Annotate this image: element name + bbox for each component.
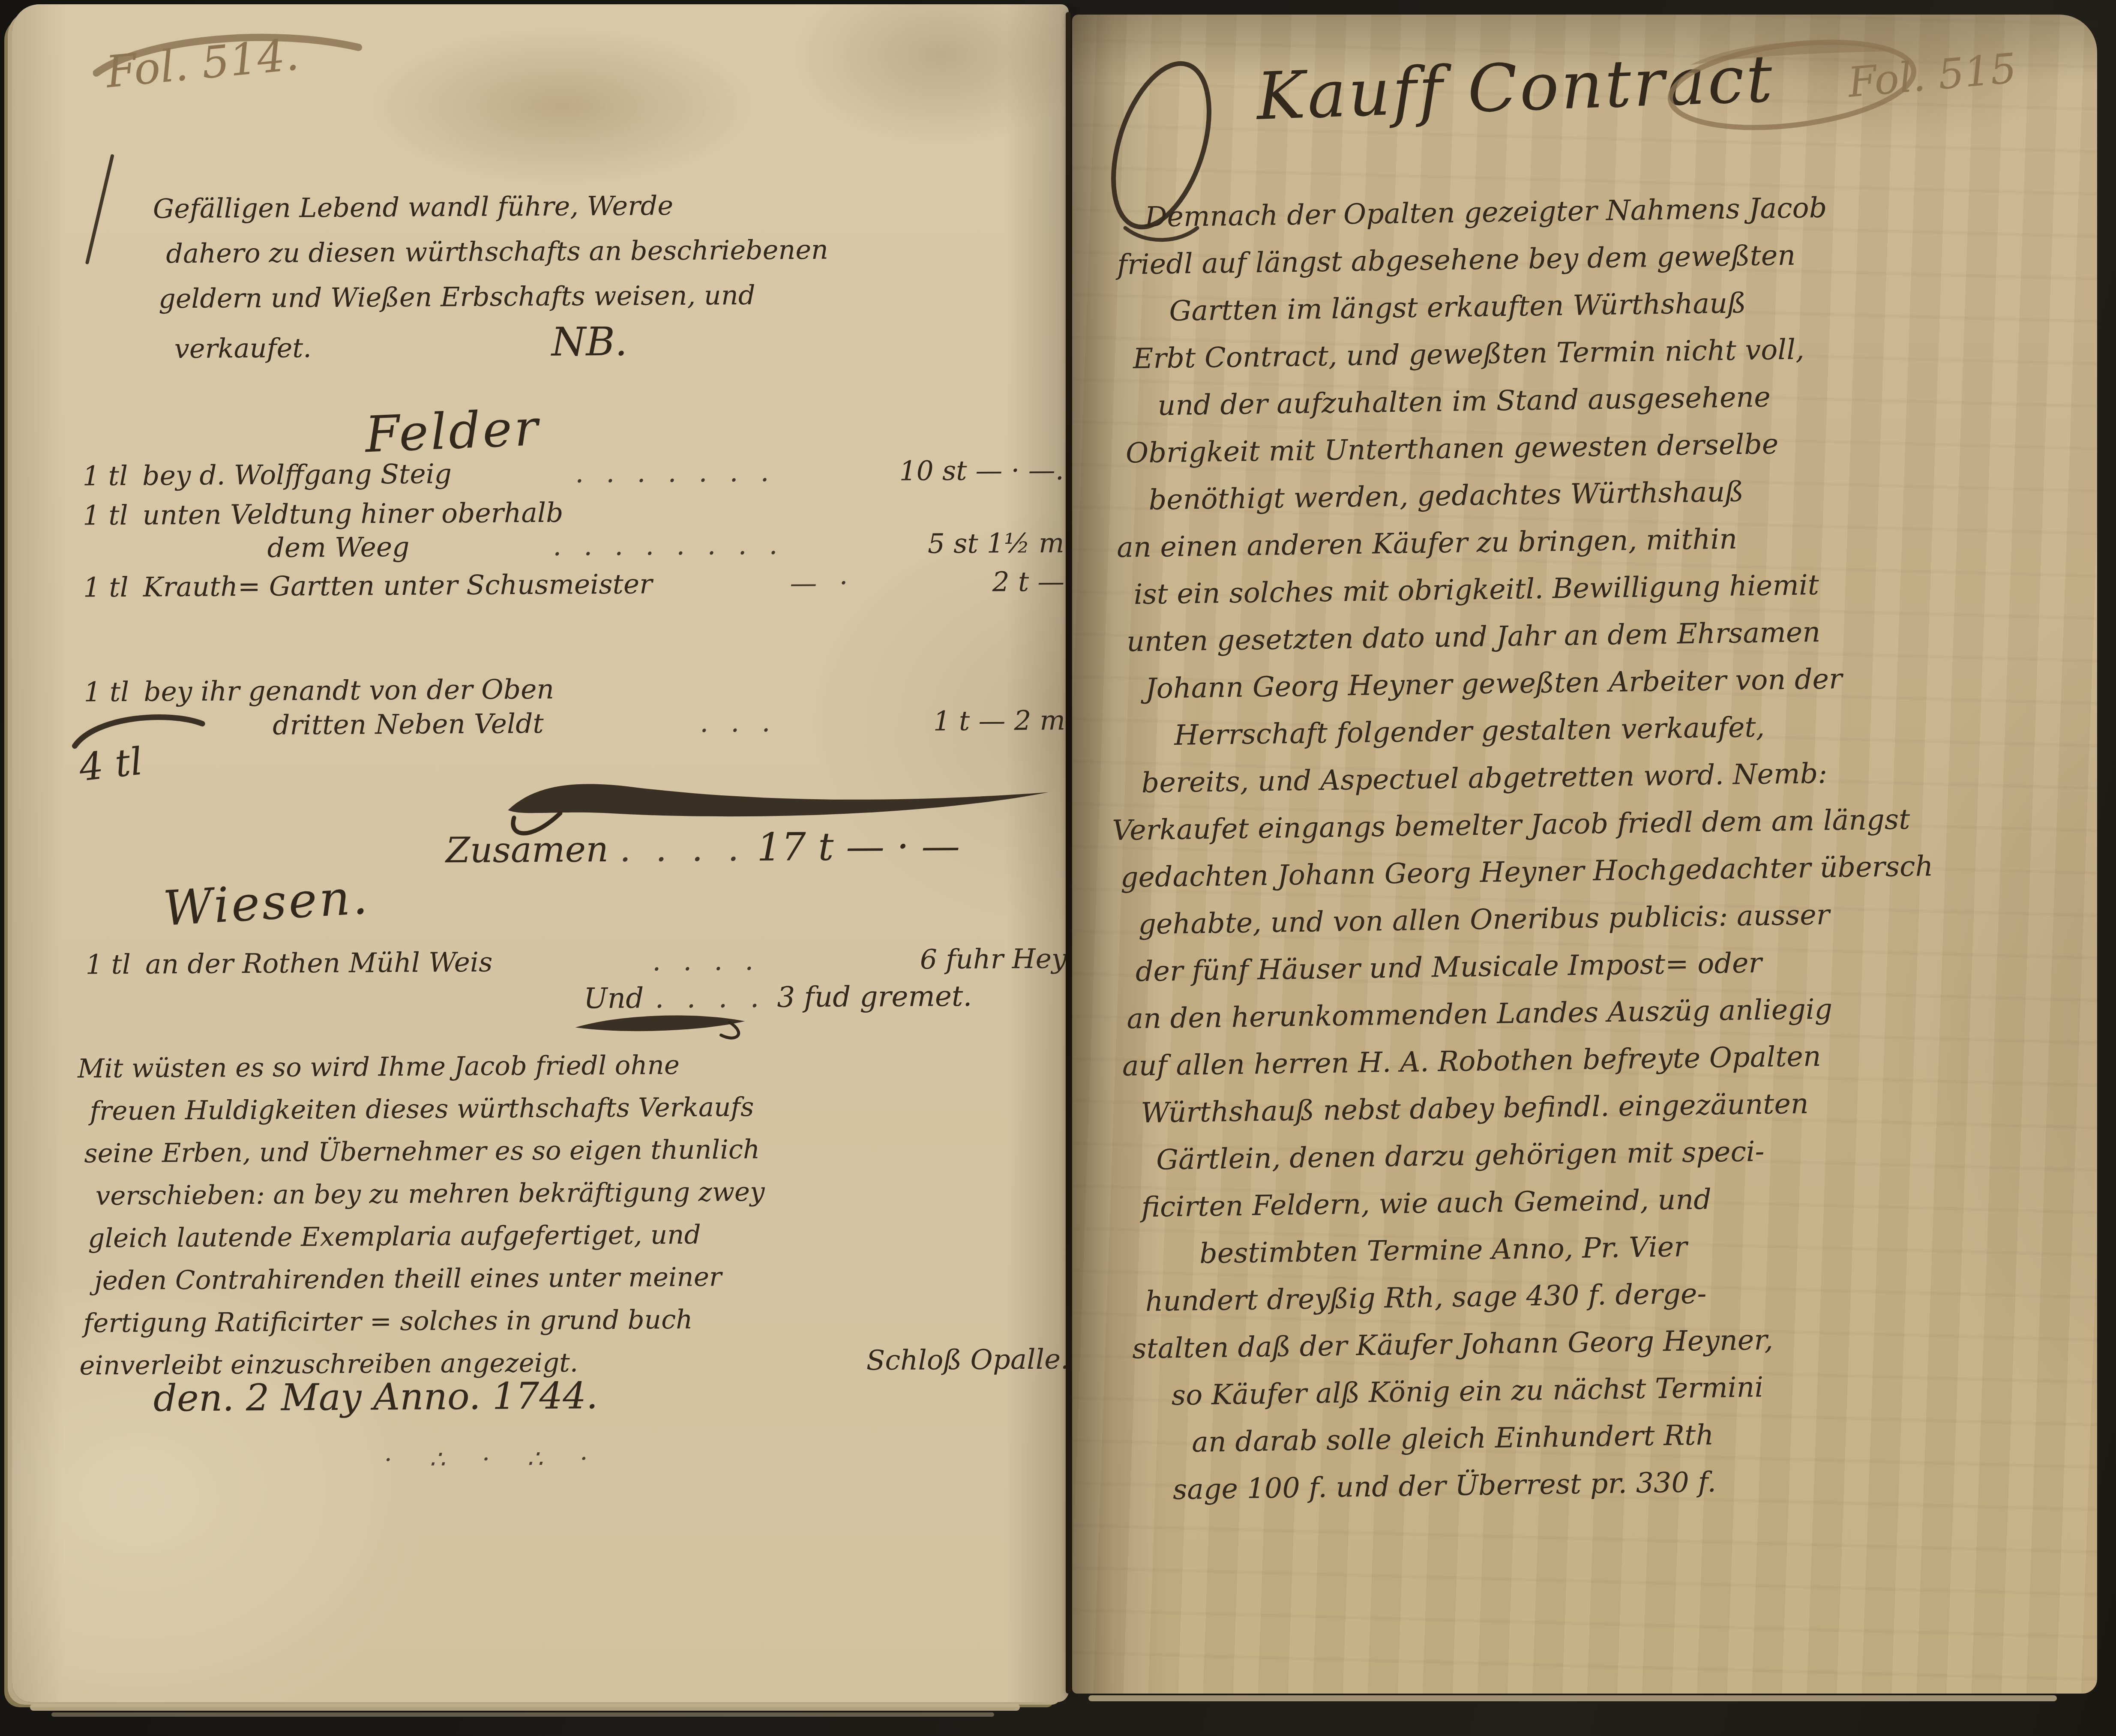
- entry-text: dritten Neben Veldt: [273, 708, 544, 741]
- dot-leader: . . .: [554, 706, 922, 739]
- manuscript-line: seine Erben, und Übernehmer es so eigen …: [84, 1126, 1068, 1175]
- manuscript-scan: Fol. 514. Gefälligen Lebend wandl führe,…: [0, 0, 2116, 1736]
- page-edge-strip: [30, 1704, 1020, 1711]
- entry-text: unten Veldtung hiner oberhalb: [143, 497, 563, 531]
- section-heading-wiesen: Wiesen.: [162, 869, 371, 937]
- entry-text: bey ihr genandt von der Oben: [144, 674, 554, 708]
- date-line: den. 2 May Anno. 1744.: [153, 1374, 598, 1420]
- dot-leader: . . . .: [504, 944, 909, 978]
- page-edge-strip: [51, 1712, 994, 1717]
- entry-amount: 6 fuhr Hey: [920, 943, 1067, 975]
- dot-leader: — ·: [663, 567, 981, 600]
- entry-amount: 2 t —: [992, 566, 1064, 598]
- margin-sum-note: 4 tl: [77, 739, 144, 790]
- manuscript-line: fertigung Ratificirter = solches in grun…: [83, 1296, 1069, 1344]
- entry-qty: 1 tl: [83, 500, 128, 531]
- margin-slash-mark: [81, 152, 120, 268]
- manuscript-line: Gefälligen Lebend wandl führe, Werde: [153, 183, 673, 231]
- sum-amount: 17 t — · —: [757, 824, 960, 870]
- entry-amount: 5 st 1½ m: [928, 528, 1064, 560]
- book-gutter: [1066, 12, 1071, 1694]
- right-page-body: Demnach der Opalten gezeigter Nahmens Ja…: [1103, 181, 2104, 1514]
- left-page: Fol. 514. Gefälligen Lebend wandl führe,…: [12, 4, 1069, 1702]
- entry-qty: 1 tl: [83, 572, 129, 603]
- dot-leader: . . . . . . . .: [420, 528, 917, 563]
- section-heading-felder: Felder: [364, 399, 541, 464]
- manuscript-line: Mit wüsten es so wird Ihme Jacob friedl …: [78, 1041, 1068, 1090]
- entry-amount: 10 st — · —.: [899, 455, 1064, 487]
- carry-amount: 3 fud gremet.: [777, 980, 972, 1014]
- entry-amount: 1 t — 2 m: [933, 705, 1066, 737]
- manuscript-line: gleich lautende Exemplaria aufgefertiget…: [88, 1211, 1069, 1259]
- page-title: Kauff Contract: [1255, 41, 1776, 135]
- manuscript-line: freuen Huldigkeiten dieses würthschafts …: [90, 1084, 1068, 1132]
- dot-leader: . . . .: [620, 828, 746, 870]
- manuscript-line: verschieben: an bey zu mehren bekräftigu…: [96, 1169, 1069, 1217]
- page-edge-strip: [1088, 1695, 2057, 1701]
- manuscript-line: verkaufet.: [174, 326, 312, 371]
- entry-qty: 1 tl: [82, 460, 128, 492]
- folio-number-right: Fol. 515: [1846, 44, 2018, 107]
- manuscript-line: geldern und Wießen Erbschafts weisen, un…: [159, 273, 755, 321]
- entry-text: Krauth= Gartten unter Schusmeister: [143, 568, 653, 603]
- entry-qty: 1 tl: [84, 676, 129, 708]
- folio-flourish: [1663, 33, 1925, 135]
- sum-label: Zusamen: [446, 829, 608, 871]
- entry-qty: 1 tl: [85, 949, 131, 980]
- manuscript-line: jeden Contrahirenden theill eines unter …: [94, 1253, 1069, 1302]
- signature: Schloß Opalle.: [866, 1338, 1069, 1382]
- entry-text: bey d. Wolffgang Steig: [142, 458, 452, 491]
- manuscript-line: dahero zu diesen würthschafts an beschri…: [166, 228, 828, 276]
- entry-text: an der Rothen Mühl Weis: [145, 947, 493, 980]
- dot-leader: . . . . . . .: [463, 456, 888, 489]
- monogram: NB.: [551, 319, 627, 365]
- left-page-content: Fol. 514. Gefälligen Lebend wandl führe,…: [7, 1, 1074, 1706]
- entry-text: dem Weeg: [267, 531, 409, 564]
- decorative-dots: · ∴ · ∴ ·: [384, 1444, 602, 1474]
- underline-flourish: [570, 1008, 755, 1046]
